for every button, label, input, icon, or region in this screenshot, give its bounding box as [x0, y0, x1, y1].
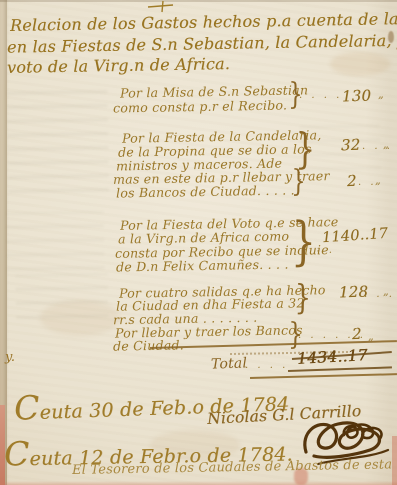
entry-amount: 32 [341, 136, 361, 155]
foxing-spot [40, 300, 120, 336]
show-through-ghost [5, 211, 104, 279]
entry-line: como consta p.r el Recibo. [113, 97, 287, 115]
entry-amount: 1140..17 [322, 226, 389, 247]
entry-brace: } [291, 167, 306, 197]
entry-amount: 2 [347, 172, 357, 190]
entry-brace: } [295, 281, 312, 315]
show-through-ghost [7, 87, 109, 201]
entry-after-mark: „ [383, 285, 389, 298]
total-leader-dots: . . . . [245, 360, 288, 371]
cross-mark-icon [146, 0, 176, 13]
leader-dots: . . [358, 177, 377, 188]
top-crease [0, 0, 397, 2]
entry-line: de D.n Felix Camuñes. . . . [116, 256, 289, 274]
manuscript-page: Relacion de los Gastos hechos p.a cuenta… [0, 0, 397, 485]
leader-dots: . . . . [299, 90, 342, 101]
title-line-2: en las Fiestas de S.n Sebastian, la Cand… [7, 30, 397, 56]
leader-dots: . . . [364, 289, 395, 300]
title-line-3: voto de la Virg.n de Africa. [7, 54, 230, 77]
entry-after-mark: „ [375, 174, 381, 187]
total-label: Total [211, 355, 248, 372]
entry-line: los Bancos de Ciudad. . . . . [116, 182, 295, 200]
foxing-spot [330, 52, 390, 76]
total-underline-2 [250, 373, 397, 379]
entry-amount: 130 [342, 86, 372, 105]
entry-after-mark: „ [378, 88, 384, 101]
margin-mark: y. [5, 350, 15, 365]
entry-after-mark: „ [383, 138, 389, 151]
bottom-edge-pink [0, 481, 397, 485]
